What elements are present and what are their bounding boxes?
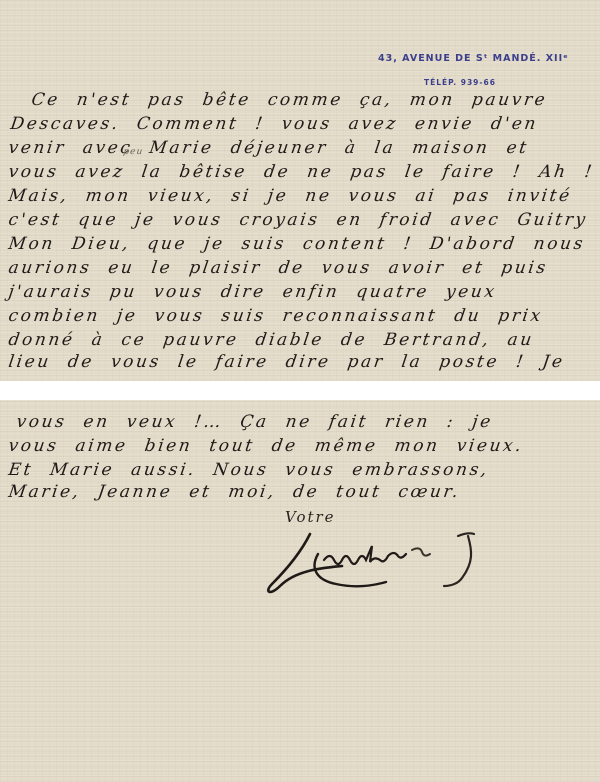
letter-card-page-1: 43, AVENUE DE Sᵗ MANDÉ. XIIᵉ TÉLÉP. 939-… xyxy=(0,0,600,381)
handwritten-line: Mais, mon vieux, si je ne vous ai pas in… xyxy=(7,186,573,206)
handwritten-line: j'aurais pu vous dire enfin quatre yeux xyxy=(7,282,498,302)
letterhead-address: 43, AVENUE DE Sᵗ MANDÉ. XIIᵉ xyxy=(378,53,569,64)
handwritten-line: donné à ce pauvre diable de Bertrand, au xyxy=(7,330,535,350)
handwritten-line: Mon Dieu, que je suis content ! D'abord … xyxy=(7,234,586,254)
letter-card-page-2: vous en veux !… Ça ne fait rien : je vou… xyxy=(0,400,600,782)
handwritten-line: venir avec Marie déjeuner à la maison et xyxy=(7,138,530,158)
closing-word: Votre xyxy=(285,508,336,526)
handwritten-line: vous en veux !… Ça ne fait rien : je xyxy=(15,412,494,432)
handwritten-line: combien je vous suis reconnaissant du pr… xyxy=(7,306,544,326)
handwritten-line: Marie, Jeanne et moi, de tout cœur. xyxy=(7,482,462,502)
handwritten-line: Et Marie aussi. Nous vous embrassons, xyxy=(7,460,490,480)
letterhead-phone: TÉLÉP. 939-66 xyxy=(424,78,496,87)
handwritten-line: Descaves. Comment ! vous avez envie d'en xyxy=(9,114,539,134)
handwritten-line: lieu de vous le faire dire par la poste … xyxy=(7,352,566,372)
interlinear-note: peu xyxy=(123,147,144,157)
handwritten-line: aurions eu le plaisir de vous avoir et p… xyxy=(7,258,549,278)
handwritten-line: vous avez la bêtise de ne pas le faire !… xyxy=(7,162,595,182)
handwritten-line: Ce n'est pas bête comme ça, mon pauvre xyxy=(30,90,548,110)
handwritten-line: vous aime bien tout de même mon vieux. xyxy=(7,436,525,456)
handwritten-line: c'est que je vous croyais en froid avec … xyxy=(7,210,600,230)
